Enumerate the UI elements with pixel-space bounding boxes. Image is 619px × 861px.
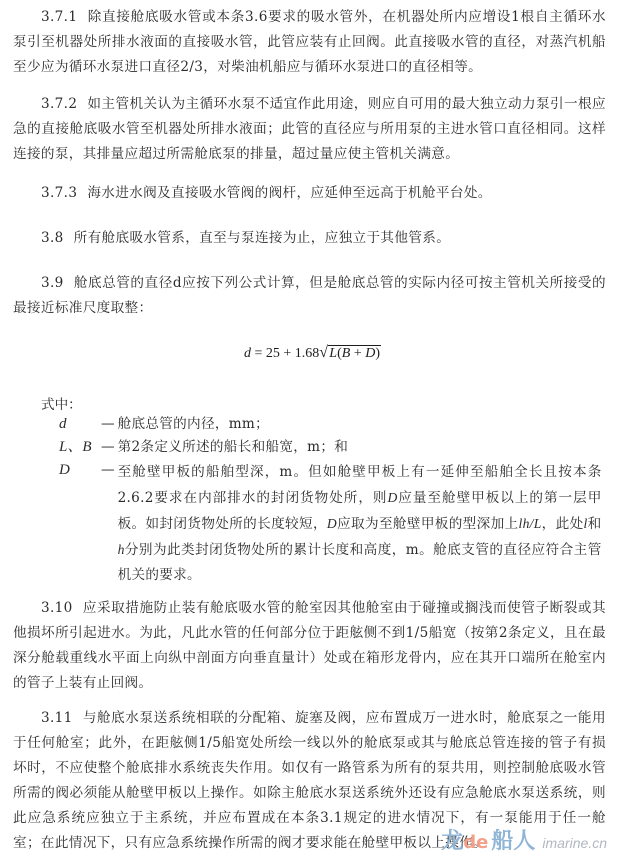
formula-lhs: d: [244, 346, 251, 361]
paragraph-3-9: 3.9舱底总管的直径d应按下列公式计算，但是舱底总管的实际内径可按主管机关所接受…: [13, 271, 606, 321]
variable-definition-d: d — 舱底总管的内径，mm；: [59, 414, 602, 435]
paragraph-3-7-1: 3.7.1除直接舱底吸水管或本条3.6要求的吸水管外，在机器处所内应增设1根自主…: [13, 5, 606, 80]
paragraph-3-8: 3.8所有舱底吸水管系，直至与泵连接为止，应独立于其他管系。: [41, 226, 606, 251]
desc-part: 和: [588, 516, 602, 532]
radicand: L(B + D): [328, 345, 381, 361]
desc-var: D: [327, 516, 337, 531]
paragraph-text: 海水进水阀及直接吸水管阀的阀杆，应延伸至远高于机舱平台处。: [87, 185, 491, 201]
paren-close: ): [375, 346, 380, 361]
plus-sign: +: [350, 346, 365, 361]
desc-var: h: [118, 542, 125, 557]
desc-part: 分别为此类封闭货物处所的累计长度和高度，m。舱底支管的直径应符合主管机关的要求。: [118, 542, 602, 583]
variable-symbol: d: [59, 414, 101, 435]
variable-description: 第2条定义所述的船长和船宽，m；和: [118, 437, 602, 458]
paragraph-text: 如主管机关认为主循环水泵不适宜作此用途，则应自可用的最大独立动力泵引一根应急的直…: [13, 96, 606, 162]
desc-part: ，此处: [542, 516, 584, 532]
watermark-url: imarine.cn: [542, 835, 607, 851]
section-number: 3.7.1: [41, 9, 77, 25]
site-watermark: 龙de船人imarine.cn: [441, 824, 607, 855]
section-number: 3.10: [41, 600, 73, 616]
paragraph-text: 所有舱底吸水管系，直至与泵连接为止，应独立于其他管系。: [74, 230, 450, 246]
square-root: √L(B + D): [319, 344, 381, 364]
paragraph-text: 除直接舱底吸水管或本条3.6要求的吸水管外，在机器处所内应增设1根自主循环水泵引…: [13, 9, 606, 75]
paragraph-3-7-3: 3.7.3海水进水阀及直接吸水管阀的阀杆，应延伸至远高于机舱平台处。: [41, 181, 606, 206]
desc-var: lh/L: [519, 516, 542, 531]
watermark-logo-long: 龙: [441, 824, 463, 855]
em-dash: —: [101, 437, 115, 458]
var-D: D: [365, 346, 375, 361]
section-number: 3.7.3: [41, 185, 77, 201]
radical-icon: √: [319, 343, 328, 363]
em-dash: —: [101, 414, 115, 435]
section-number: 3.9: [41, 275, 64, 291]
variable-definition-D: D — 至舱壁甲板的船舶型深，m。但如舱壁甲板上有一延伸至船舶全长且按本条2.6…: [59, 460, 602, 588]
section-number: 3.8: [41, 230, 64, 246]
paragraph-text: 应采取措施防止装有舱底吸水管的舱室因其他舱室由于碰撞或搁浅而使管子断裂或其他损坏…: [13, 600, 606, 691]
section-number: 3.11: [41, 710, 73, 726]
paragraph-3-7-2: 3.7.2如主管机关认为主循环水泵不适宜作此用途，则应自可用的最大独立动力泵引一…: [13, 92, 606, 167]
desc-var: D: [387, 490, 397, 505]
variable-description: 至舱壁甲板的船舶型深，m。但如舱壁甲板上有一延伸至船舶全长且按本条2.6.2要求…: [118, 460, 602, 588]
desc-part: 应取为至舱壁甲板的型深加上: [337, 516, 518, 532]
variable-symbol: L、B: [59, 437, 101, 458]
var-L: L: [329, 346, 337, 361]
variable-description: 舱底总管的内径，mm；: [118, 414, 602, 435]
watermark-logo-de: de: [463, 832, 488, 853]
variable-symbol: D: [59, 460, 101, 481]
paragraph-3-10: 3.10应采取措施防止装有舱底吸水管的舱室因其他舱室由于碰撞或搁浅而使管子断裂或…: [13, 596, 606, 696]
formula-constants: = 25 + 1.68: [251, 346, 319, 361]
em-dash: —: [101, 460, 115, 481]
where-label: 式中：: [41, 395, 82, 415]
watermark-logo-ship: 船人: [491, 824, 535, 855]
paragraph-text: 舱底总管的直径d应按下列公式计算，但是舱底总管的实际内径可按主管机关所接受的最接…: [13, 275, 606, 316]
document-page: 3.7.1除直接舱底吸水管或本条3.6要求的吸水管外，在机器处所内应增设1根自主…: [0, 0, 619, 861]
section-number: 3.7.2: [41, 96, 77, 112]
variable-definition-LB: L、B — 第2条定义所述的船长和船宽，m；和: [59, 437, 602, 458]
bilge-main-diameter-formula: d = 25 + 1.68√L(B + D): [244, 344, 381, 364]
